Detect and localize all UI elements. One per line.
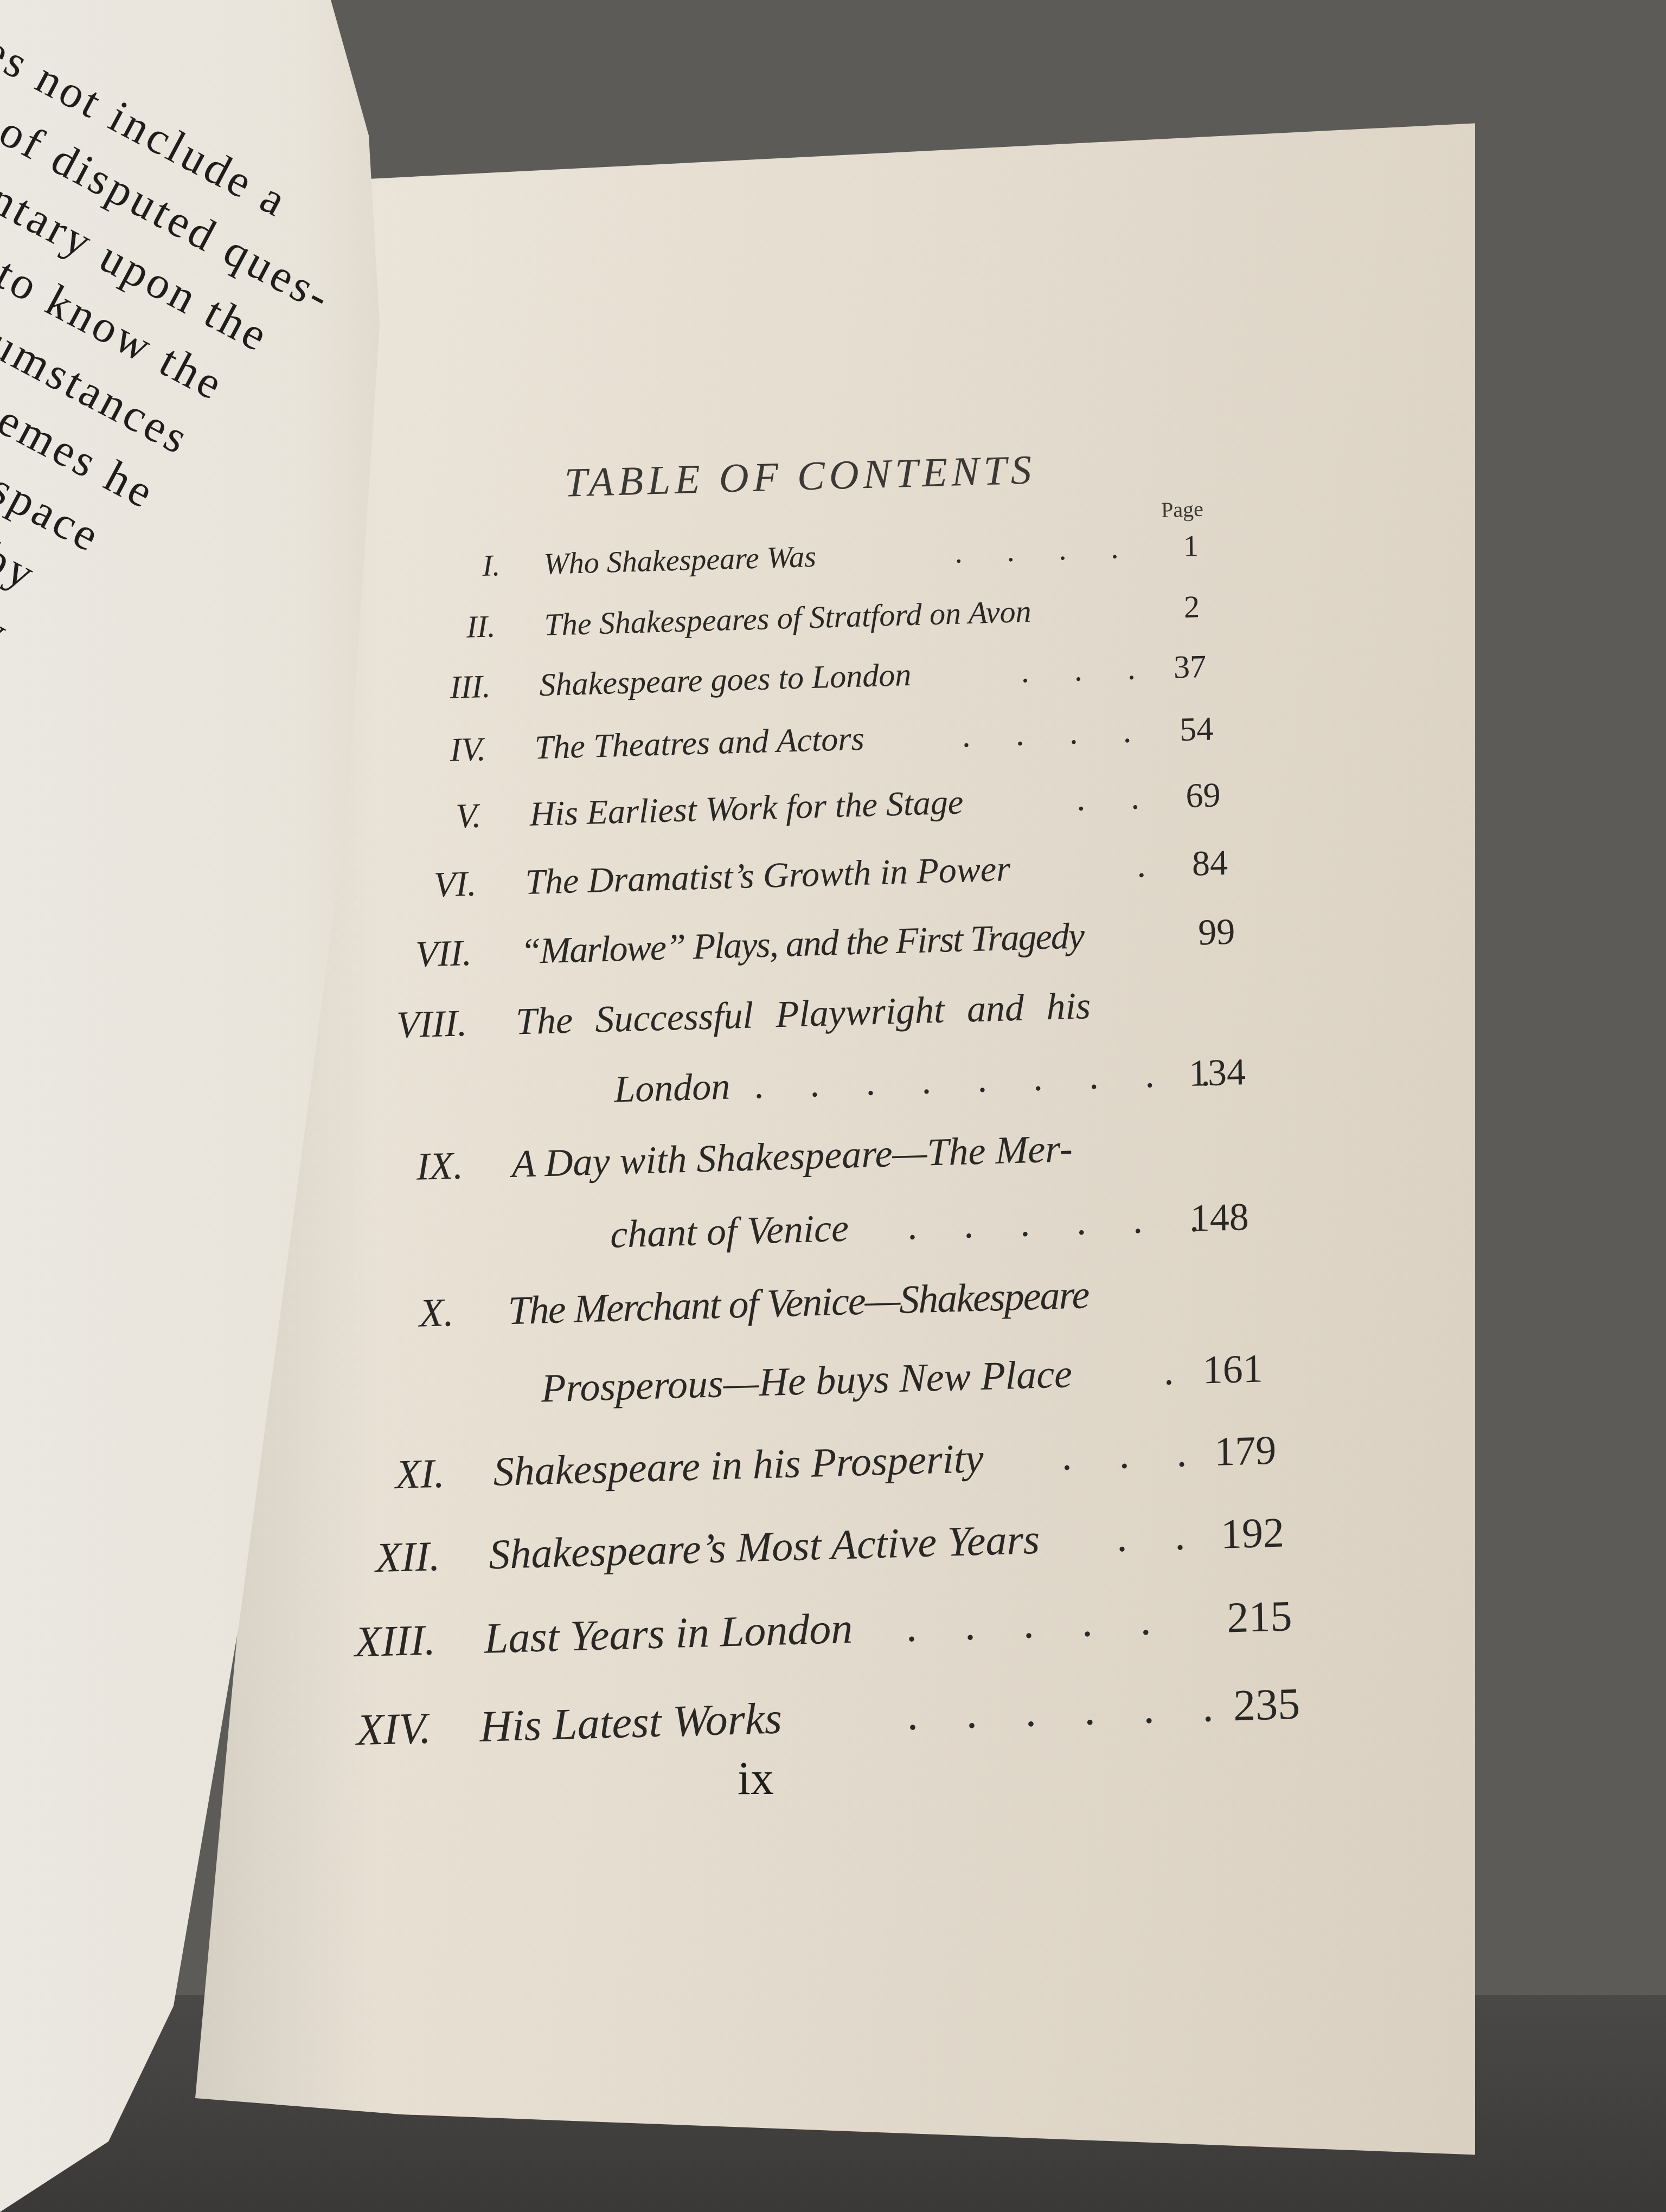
left-page-text: does not include a sion of disputed ques… — [0, 0, 321, 1056]
leader-dots: . . . . — [956, 530, 1138, 570]
page-number: 192 — [1220, 1508, 1284, 1558]
leader-dots: . . . . . — [907, 1595, 1171, 1652]
page-number: 37 — [1174, 648, 1207, 686]
leader-dots: . — [1138, 844, 1165, 886]
chapter-numeral: V. — [383, 795, 482, 838]
chapter-numeral: X. — [334, 1290, 454, 1339]
leader-dots: . — [1164, 1348, 1193, 1394]
page-number: 69 — [1186, 775, 1221, 816]
page-number: 2 — [1184, 588, 1200, 625]
chapter-numeral: III. — [403, 668, 491, 708]
chapter-title-continued: London — [614, 1065, 731, 1112]
chapter-numeral: VIII. — [331, 1002, 467, 1049]
leader-dots: . . . — [1022, 649, 1155, 690]
leader-dots: . . . . . . — [908, 1195, 1219, 1249]
page-number: 134 — [1189, 1051, 1246, 1096]
chapter-title-continued: chant of Venice — [610, 1206, 849, 1257]
page-column-label: Page — [1161, 496, 1203, 523]
chapter-numeral: XIII. — [278, 1616, 436, 1669]
chapter-numeral: IV. — [394, 730, 486, 771]
leader-dots: . . — [1077, 776, 1159, 819]
chapter-numeral: XI. — [314, 1450, 445, 1501]
chapter-numeral: VI. — [373, 864, 477, 908]
page-number: 1 — [1183, 529, 1199, 564]
chapter-numeral: IX. — [333, 1143, 464, 1192]
page-number: 54 — [1180, 710, 1214, 749]
page-number: 161 — [1202, 1346, 1263, 1393]
page-number: 99 — [1198, 910, 1235, 954]
chapter-title: His Latest Works — [479, 1693, 782, 1752]
page-number: 215 — [1227, 1592, 1292, 1643]
chapter-numeral: VII. — [352, 931, 472, 978]
leader-dots: . . . — [1062, 1429, 1207, 1480]
chapter-numeral: XIV. — [273, 1702, 431, 1758]
chapter-numeral: II. — [414, 608, 496, 646]
page-folio: ix — [738, 1751, 774, 1805]
chapter-numeral: XII. — [299, 1532, 440, 1584]
leader-dots: . . . . . . — [908, 1680, 1233, 1740]
leader-dots: . . . . — [963, 712, 1151, 756]
page-number: 235 — [1233, 1679, 1300, 1731]
leader-dots: . . — [1117, 1510, 1204, 1561]
page-number: 148 — [1190, 1194, 1249, 1241]
page-number: 179 — [1214, 1427, 1277, 1476]
page-number: 84 — [1192, 843, 1228, 885]
chapter-title: Last Years in London — [484, 1604, 853, 1664]
chapter-numeral: I. — [435, 548, 501, 584]
